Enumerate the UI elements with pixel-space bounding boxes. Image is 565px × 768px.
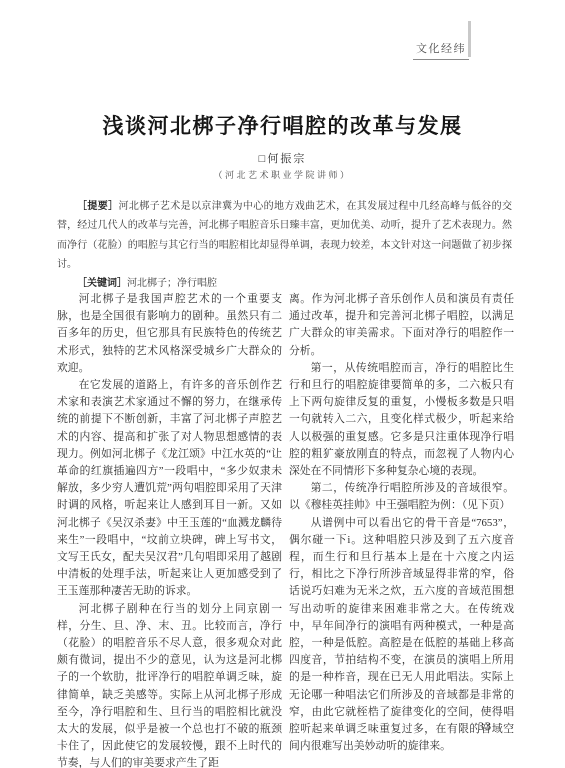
author-name: 何振宗 <box>267 153 306 165</box>
body-paragraph: 第二，传统净行唱腔所涉及的音域很窄。以《穆桂英挂帅》中王强唱腔为例：（见下页） <box>289 480 514 514</box>
article-title: 浅谈河北梆子净行唱腔的改革与发展 <box>0 110 565 140</box>
abstract-text: 河北梆子艺术是以京津冀为中心的地方戏曲艺术，在其发展过程中几经高峰与低谷的交替，… <box>57 201 512 270</box>
right-column: 离。作为河北梆子音乐创作人员和演员有责任通过改革，提升和完善河北梆子唱腔，以满足… <box>289 291 514 768</box>
body-paragraph: 河北梆子是我国声腔艺术的一个重要支脉，也是全国很有影响力的剧种。虽然只有二百多年… <box>57 291 282 377</box>
keywords-text: 河北梆子；净行唱腔 <box>127 278 217 289</box>
journal-page: 文化经纬 浅谈河北梆子净行唱腔的改革与发展 □何振宗 （河北艺术职业学院讲师） … <box>0 0 565 768</box>
body-paragraph: 在它发展的道路上，有许多的音乐创作艺术家和表演艺术家通过不懈的努力，在继承传统的… <box>57 377 282 601</box>
section-tab-bar <box>468 21 471 57</box>
body-columns: 河北梆子是我国声腔艺术的一个重要支脉，也是全国很有影响力的剧种。虽然只有二百多年… <box>57 291 514 768</box>
body-paragraph: 第一，从传统唱腔而言，净行的唱腔比生行和旦行的唱腔旋律要简单的多，二六板只有上下… <box>289 360 514 480</box>
abstract-block: ［提要］河北梆子艺术是以京津冀为中心的地方戏曲艺术，在其发展过程中几经高峰与低谷… <box>57 197 512 293</box>
abstract-label: ［提要］ <box>77 201 118 212</box>
abstract-paragraph: ［提要］河北梆子艺术是以京津冀为中心的地方戏曲艺术，在其发展过程中几经高峰与低谷… <box>57 197 512 274</box>
page-number: 33 <box>478 719 492 734</box>
keywords-label: ［关键词］ <box>77 278 127 289</box>
author-affiliation: （河北艺术职业学院讲师） <box>0 168 565 181</box>
left-column: 河北梆子是我国声腔艺术的一个重要支脉，也是全国很有影响力的剧种。虽然只有二百多年… <box>57 291 282 768</box>
author-line: □何振宗 <box>0 150 565 166</box>
section-tab-label: 文化经纬 <box>413 40 469 60</box>
body-paragraph: 河北梆子剧种在行当的划分上同京剧一样，分生、旦、净、末、丑。比较而言，净行（花脸… <box>57 601 282 768</box>
body-paragraph: 离。作为河北梆子音乐创作人员和演员有责任通过改革，提升和完善河北梆子唱腔，以满足… <box>289 291 514 360</box>
